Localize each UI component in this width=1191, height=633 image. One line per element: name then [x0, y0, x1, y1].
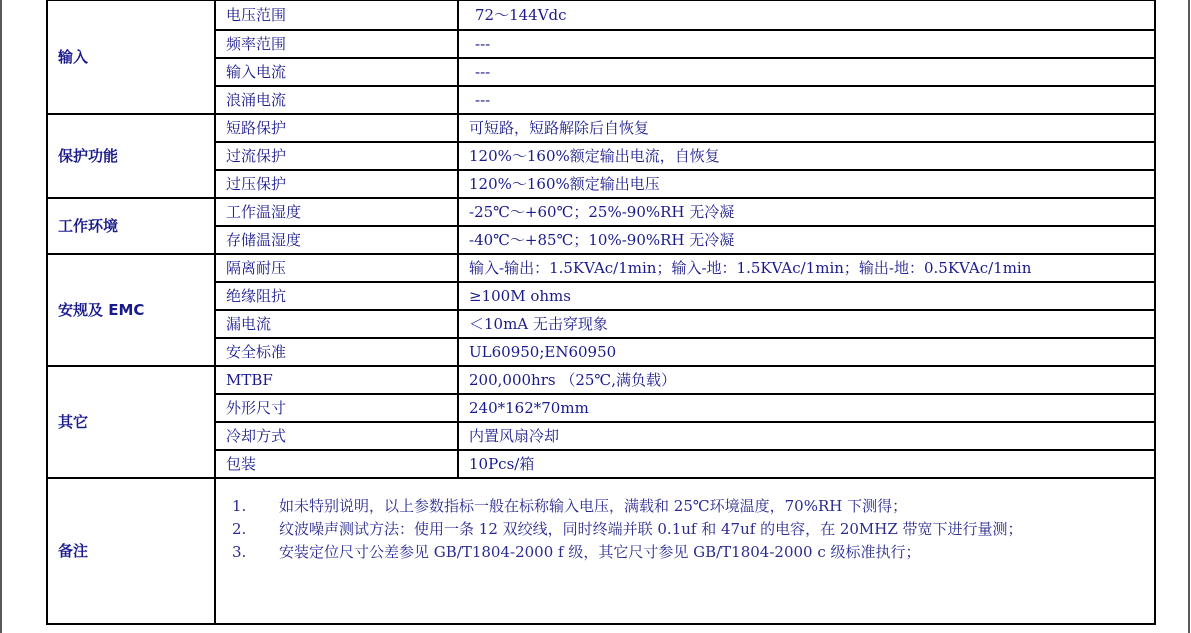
note-item: 2.纹波噪声测试方法：使用一条 12 双绞线，同时终端并联 0.1uf 和 47…: [232, 518, 1154, 541]
param-label: 绝缘阻抗: [215, 282, 458, 310]
note-text: 纹波噪声测试方法：使用一条 12 双绞线，同时终端并联 0.1uf 和 47uf…: [279, 520, 1023, 538]
param-label: 冷却方式: [215, 422, 458, 450]
param-value: ≥100M ohms: [458, 282, 1155, 310]
spec-table: 输入 电压范围 72～144Vdc 频率范围 --- 输入电流 --- 浪涌电流…: [46, 0, 1156, 625]
group-label-protection: 保护功能: [47, 114, 215, 198]
param-label: 安全标准: [215, 338, 458, 366]
note-number: 1.: [232, 495, 279, 518]
param-value: ＜10mA 无击穿现象: [458, 310, 1155, 338]
param-label: 漏电流: [215, 310, 458, 338]
note-text: 安装定位尺寸公差参见 GB/T1804-2000 f 级，其它尺寸参见 GB/T…: [279, 543, 921, 561]
param-label: 短路保护: [215, 114, 458, 142]
param-value: -40℃～+85℃；10%-90%RH 无冷凝: [458, 226, 1155, 254]
group-label-safety-emc: 安规及 EMC: [47, 254, 215, 366]
notes-list: 1.如未特别说明，以上参数指标一般在标称输入电压，满载和 25℃环境温度，70%…: [232, 479, 1154, 564]
group-label-other: 其它: [47, 366, 215, 478]
table-row: 安规及 EMC 隔离耐压 输入-输出：1.5KVAc/1min；输入-地：1.5…: [47, 254, 1155, 282]
group-label-input: 输入: [47, 0, 215, 114]
param-value: 内置风扇冷却: [458, 422, 1155, 450]
param-label: MTBF: [215, 366, 458, 394]
param-value: ---: [458, 86, 1155, 114]
param-value: ---: [458, 58, 1155, 86]
param-label: 包装: [215, 450, 458, 478]
param-value: 120%～160%额定输出电压: [458, 170, 1155, 198]
param-value: 10Pcs/箱: [458, 450, 1155, 478]
param-value: 200,000hrs （25℃,满负载）: [458, 366, 1155, 394]
param-value: 可短路，短路解除后自恢复: [458, 114, 1155, 142]
param-label: 频率范围: [215, 30, 458, 58]
group-label-notes: 备注: [47, 478, 215, 624]
group-label-environment: 工作环境: [47, 198, 215, 254]
table-row: 工作环境 工作温湿度 -25℃～+60℃；25%-90%RH 无冷凝: [47, 198, 1155, 226]
table-row: 保护功能 短路保护 可短路，短路解除后自恢复: [47, 114, 1155, 142]
param-value: UL60950;EN60950: [458, 338, 1155, 366]
param-label: 过流保护: [215, 142, 458, 170]
param-label: 工作温湿度: [215, 198, 458, 226]
window-right-edge: [1188, 0, 1190, 633]
notes-cell: 1.如未特别说明，以上参数指标一般在标称输入电压，满载和 25℃环境温度，70%…: [215, 478, 1155, 624]
note-item: 1.如未特别说明，以上参数指标一般在标称输入电压，满载和 25℃环境温度，70%…: [232, 495, 1154, 518]
notes-row: 备注 1.如未特别说明，以上参数指标一般在标称输入电压，满载和 25℃环境温度，…: [47, 478, 1155, 624]
table-row: 其它 MTBF 200,000hrs （25℃,满负载）: [47, 366, 1155, 394]
param-value: 120%～160%额定输出电流，自恢复: [458, 142, 1155, 170]
note-number: 2.: [232, 518, 279, 541]
param-label: 电压范围: [215, 0, 458, 30]
param-value: -25℃～+60℃；25%-90%RH 无冷凝: [458, 198, 1155, 226]
param-value: 72～144Vdc: [458, 0, 1155, 30]
table-row: 输入 电压范围 72～144Vdc: [47, 0, 1155, 30]
param-label: 浪涌电流: [215, 86, 458, 114]
param-label: 输入电流: [215, 58, 458, 86]
param-value: ---: [458, 30, 1155, 58]
param-label: 过压保护: [215, 170, 458, 198]
param-label: 存储温湿度: [215, 226, 458, 254]
window-left-edge: [0, 0, 2, 633]
param-value: 输入-输出：1.5KVAc/1min；输入-地：1.5KVAc/1min；输出-…: [458, 254, 1155, 282]
param-label: 隔离耐压: [215, 254, 458, 282]
param-value: 240*162*70mm: [458, 394, 1155, 422]
param-label: 外形尺寸: [215, 394, 458, 422]
note-text: 如未特别说明，以上参数指标一般在标称输入电压，满载和 25℃环境温度，70%RH…: [279, 497, 907, 515]
note-number: 3.: [232, 541, 279, 564]
note-item: 3.安装定位尺寸公差参见 GB/T1804-2000 f 级，其它尺寸参见 GB…: [232, 541, 1154, 564]
